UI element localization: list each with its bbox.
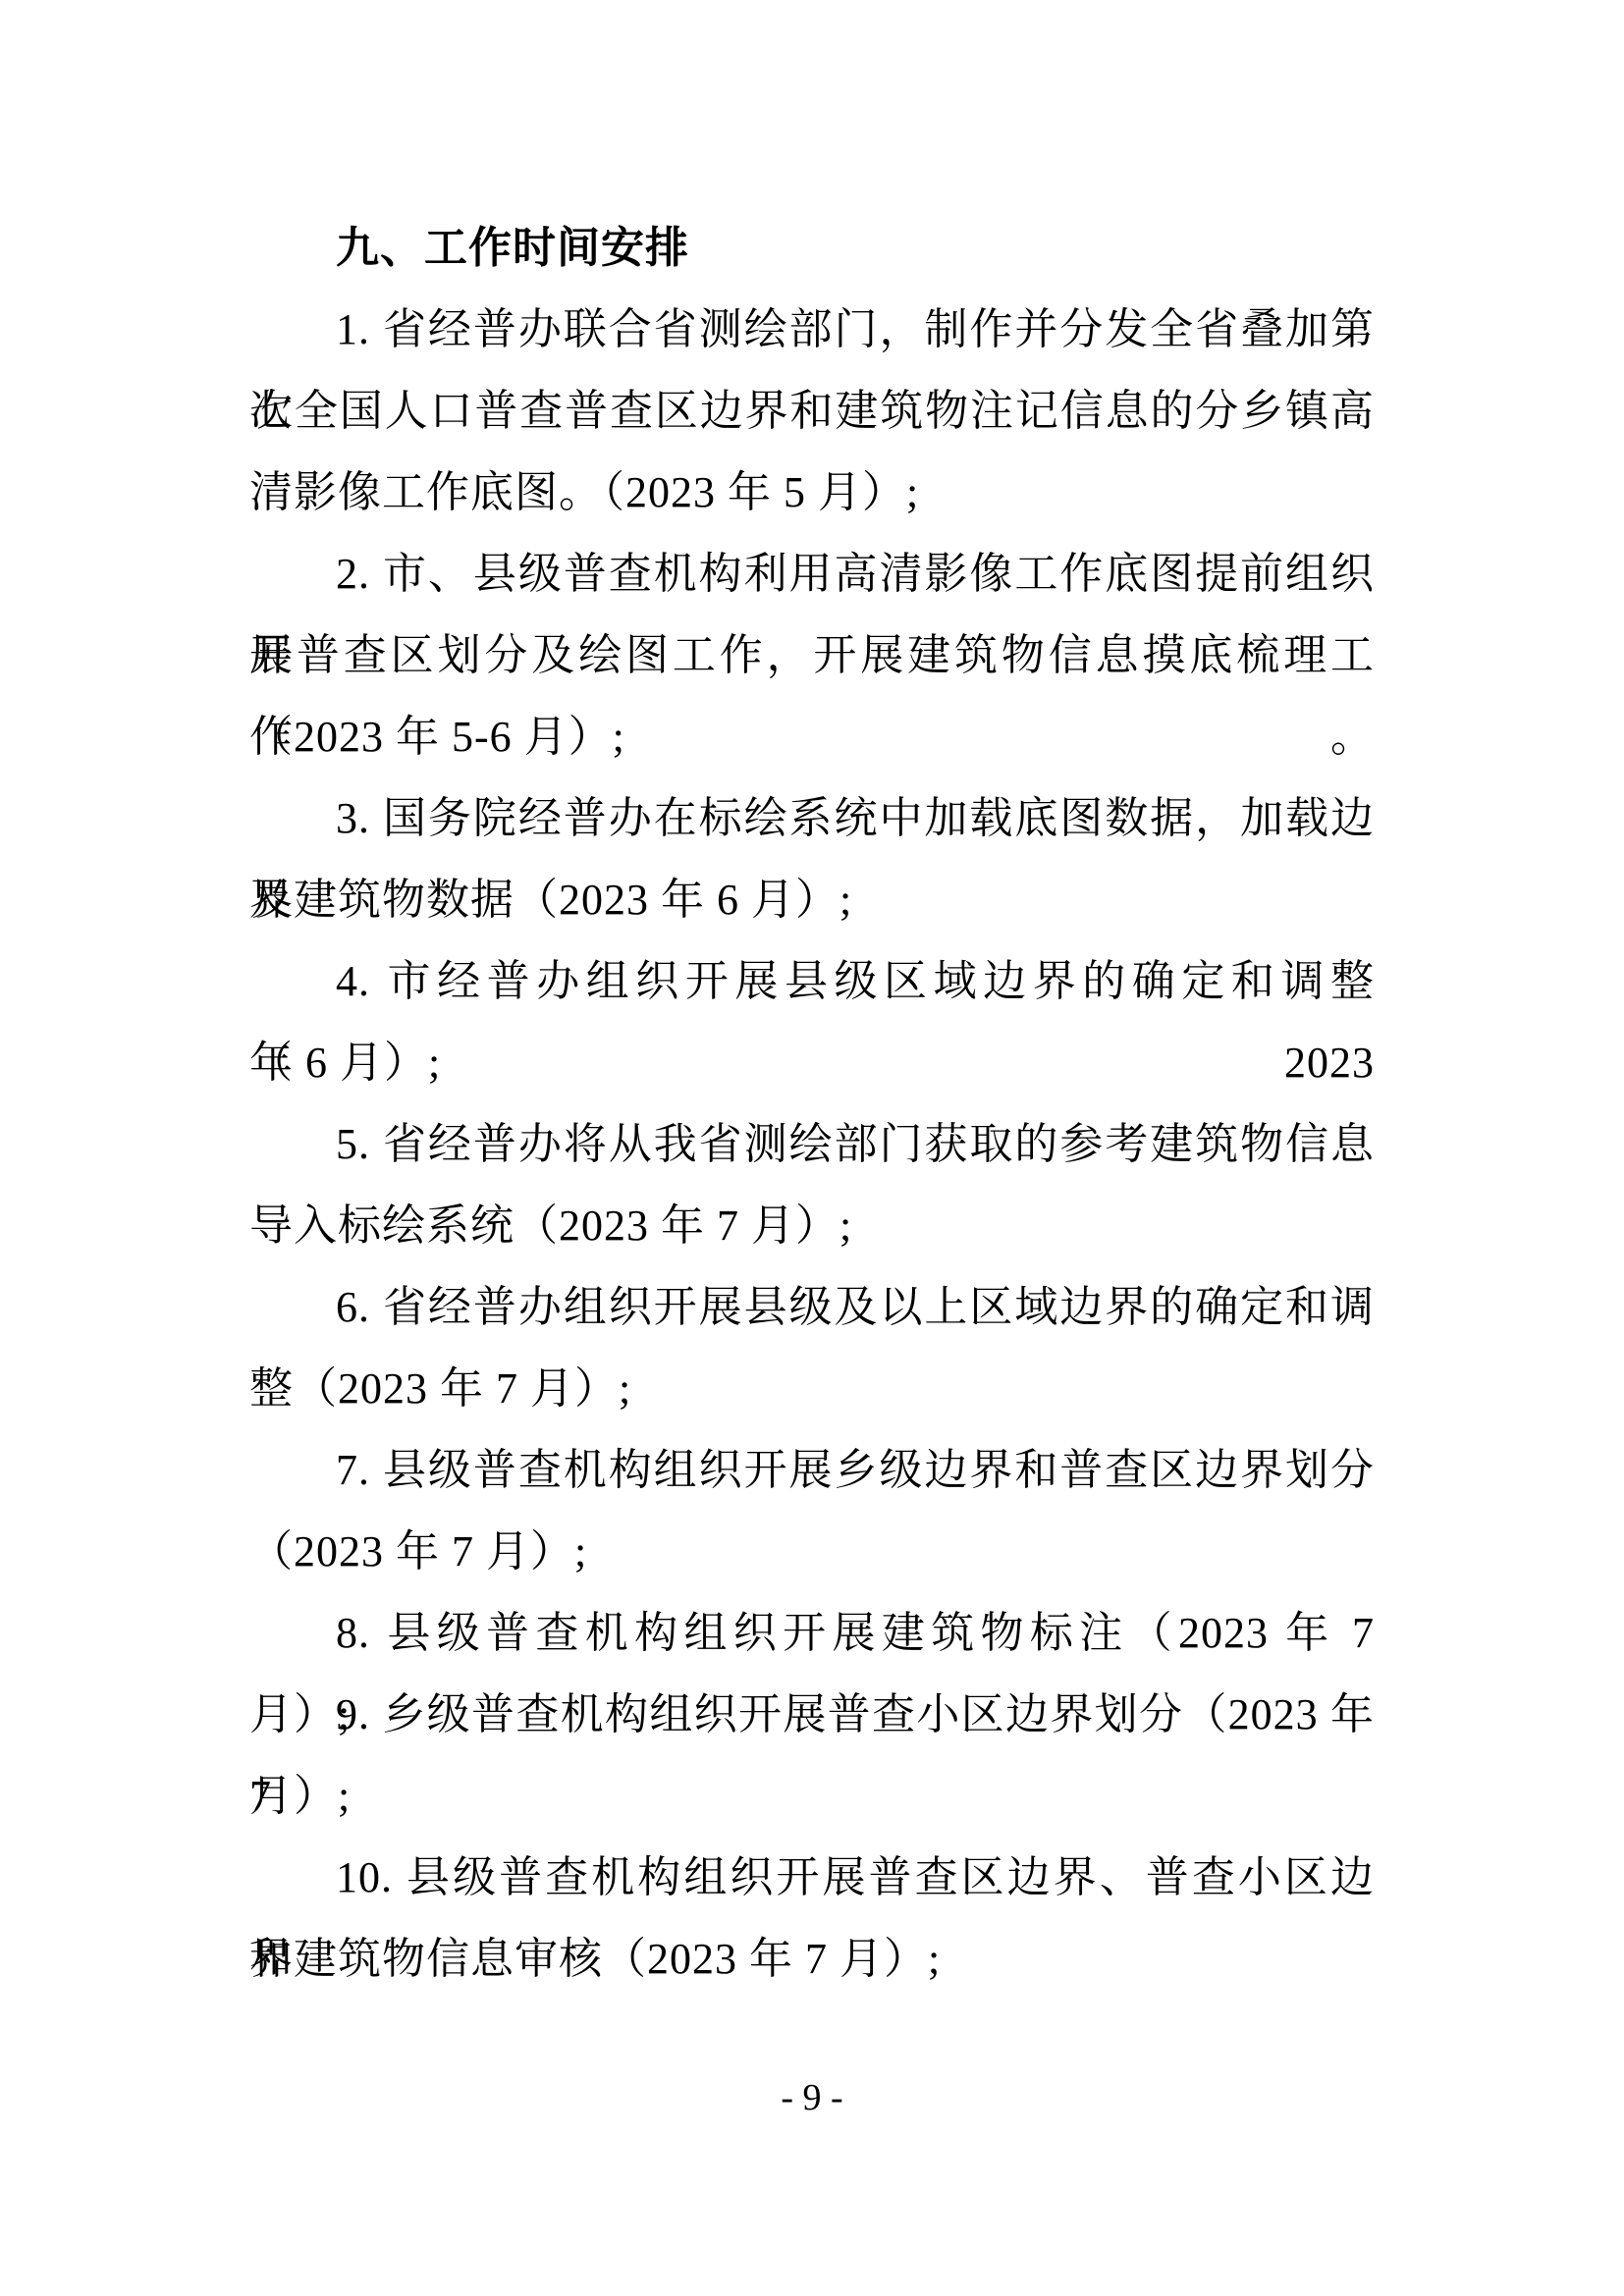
paragraph-5-line-2: 导入标绘系统（2023 年 7 月）;: [249, 1185, 1375, 1266]
paragraph-6-line-2: 整（2023 年 7 月）;: [249, 1348, 1375, 1429]
paragraph-1-line-2: 次全国人口普查普查区边界和建筑物注记信息的分乡镇高: [249, 370, 1375, 452]
paragraph-7-line-2: （2023 年 7 月）;: [249, 1511, 1375, 1592]
paragraph-2-line-2: 展普查区划分及绘图工作，开展建筑物信息摸底梳理工作。: [249, 614, 1375, 696]
paragraph-6-line-1: 6. 省经普办组织开展县级及以上区域边界的确定和调: [249, 1266, 1375, 1348]
paragraph-8-line-1: 8. 县级普查机构组织开展建筑物标注（2023 年 7 月）;: [249, 1592, 1375, 1674]
paragraph-list: 1. 省经普办联合省测绘部门，制作并分发全省叠加第七次全国人口普查普查区边界和建…: [249, 289, 1375, 2000]
paragraph-3-line-2: 及建筑物数据（2023 年 6 月）;: [249, 859, 1375, 940]
paragraph-1-line-1: 1. 省经普办联合省测绘部门，制作并分发全省叠加第七: [249, 289, 1375, 370]
paragraph-3-line-1: 3. 国务院经普办在标绘系统中加载底图数据，加载边界: [249, 777, 1375, 859]
paragraph-9-line-1: 9. 乡级普查机构组织开展普查小区边界划分（2023 年 7: [249, 1674, 1375, 1755]
paragraph-4-line-1: 4. 市经普办组织开展县级区域边界的确定和调整（2023: [249, 940, 1375, 1022]
document-body: 九、工作时间安排 1. 省经普办联合省测绘部门，制作并分发全省叠加第七次全国人口…: [249, 207, 1375, 2000]
paragraph-5-line-1: 5. 省经普办将从我省测绘部门获取的参考建筑物信息: [249, 1103, 1375, 1185]
page-number: - 9 -: [0, 2067, 1624, 2128]
paragraph-2-line-1: 2. 市、县级普查机构利用高清影像工作底图提前组织开: [249, 533, 1375, 614]
paragraph-10-line-1: 10. 县级普查机构组织开展普查区边界、普查小区边界: [249, 1837, 1375, 1918]
section-heading: 九、工作时间安排: [249, 207, 1375, 289]
paragraph-1-line-3: 清影像工作底图。（2023 年 5 月）;: [249, 452, 1375, 533]
document-page: 九、工作时间安排 1. 省经普办联合省测绘部门，制作并分发全省叠加第七次全国人口…: [0, 0, 1624, 2296]
paragraph-10-line-2: 和建筑物信息审核（2023 年 7 月）;: [249, 1918, 1375, 2000]
paragraph-7-line-1: 7. 县级普查机构组织开展乡级边界和普查区边界划分: [249, 1429, 1375, 1511]
paragraph-9-line-2: 月）;: [249, 1755, 1375, 1837]
